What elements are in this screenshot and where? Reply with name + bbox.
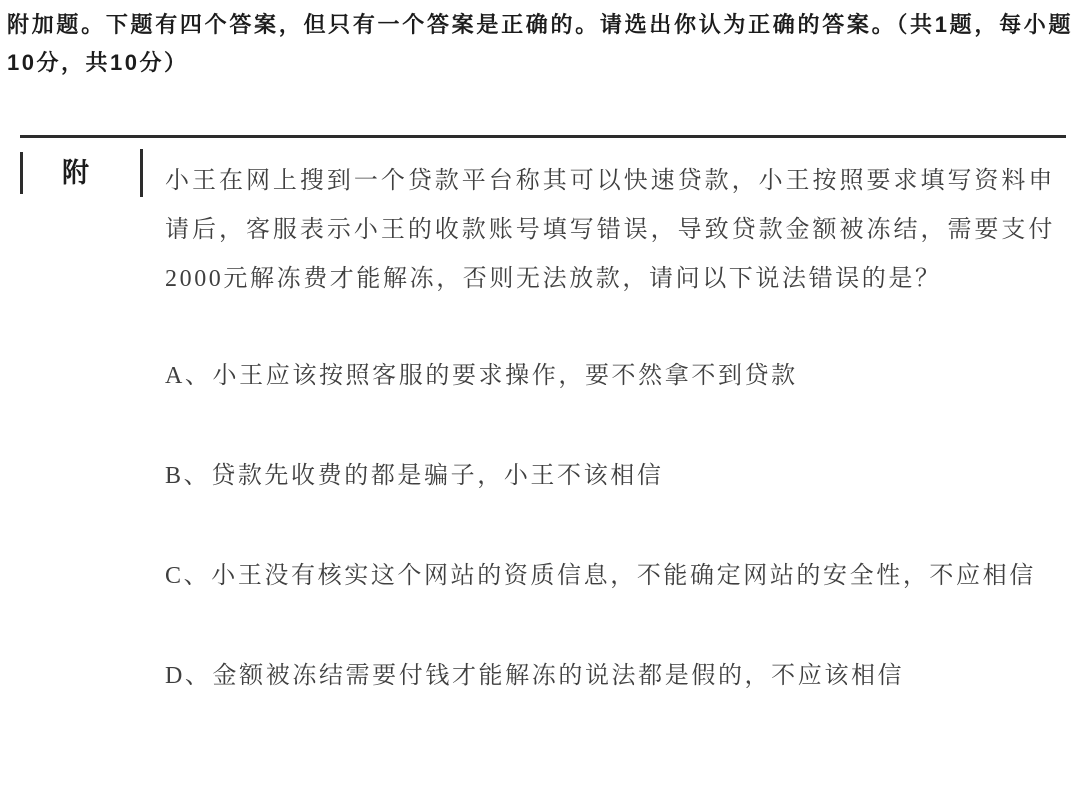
- instructions-header: 附加题。下题有四个答案，但只有一个答案是正确的。请选出你认为正确的答案。（共1题…: [7, 6, 1073, 82]
- question-label-bar-right: [140, 149, 143, 197]
- option-d-letter: D、: [165, 663, 212, 689]
- option-c-letter: C、: [165, 563, 210, 589]
- question-text: 小王在网上搜到一个贷款平台称其可以快速贷款，小王按照要求填写资料申请后，客服表示…: [165, 157, 1055, 304]
- question-label-bar-left: [20, 152, 23, 194]
- option-a: A、小王应该按照客服的要求操作，要不然拿不到贷款: [165, 361, 1070, 391]
- question-label: 附: [62, 156, 89, 190]
- option-a-text: 小王应该按照客服的要求操作，要不然拿不到贷款: [213, 363, 798, 389]
- option-c-text: 小王没有核实这个网站的资质信息，不能确定网站的安全性，不应相信: [211, 563, 1036, 589]
- option-d-text: 金额被冻结需要付钱才能解冻的说法都是假的，不应该相信: [213, 663, 905, 689]
- section-divider: [20, 135, 1066, 138]
- option-a-letter: A、: [165, 363, 212, 389]
- option-b-text: 贷款先收费的都是骗子，小王不该相信: [211, 463, 663, 489]
- document: 附加题。下题有四个答案，但只有一个答案是正确的。请选出你认为正确的答案。（共1题…: [0, 0, 1080, 795]
- option-d: D、金额被冻结需要付钱才能解冻的说法都是假的，不应该相信: [165, 661, 1070, 691]
- option-b: B、贷款先收费的都是骗子，小王不该相信: [165, 461, 1070, 491]
- option-b-letter: B、: [165, 463, 210, 489]
- option-c: C、小王没有核实这个网站的资质信息，不能确定网站的安全性，不应相信: [165, 561, 1070, 591]
